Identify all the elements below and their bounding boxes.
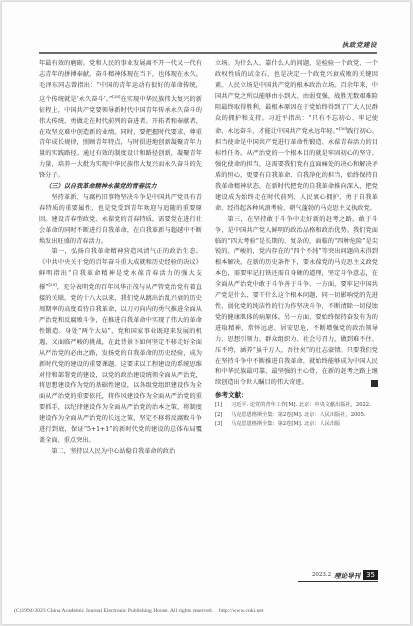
copyright-text: (C)1994-2023 China Academic Journal Elec… [14, 608, 213, 614]
page-header: 执政党建设 [39, 40, 377, 54]
paragraph: 第一，弘扬自我革命精神营造风清气正的政治生态。《中共中央关于党的百年奋斗重大成就… [39, 247, 202, 446]
paragraph: 年最有效的磨砺。党和人民的事业发展离不开一代又一代有志青年的拼搏奉献，奋斗精神体… [39, 59, 202, 182]
article-end-mark-icon: N [371, 380, 378, 387]
paragraph-text: 第三，在坚持敢于斗争中走好新的赶考之路。敢于斗争，是中国共产党人鲜明的政治品格和… [215, 216, 378, 387]
paragraph: 立场。为什么人、靠什么人的问题，是检验一个政党、一个政权性质的试金石，也是决定一… [215, 59, 378, 215]
page-number: 35 [363, 570, 378, 580]
paragraph: 第二，坚持以人民为中心站稳自我革命的政治 [39, 447, 202, 458]
reference-number: [1] [215, 401, 231, 411]
reference-item: [3] 马克思恩格斯全集：第2卷[M]. 北京：人民出版 [215, 420, 378, 430]
reference-item: [1] 习近平. 论党的青年工作[M]. 北京：中央文献出版社，2022. [215, 401, 378, 411]
section-title: 执政党建设 [342, 40, 377, 49]
reference-text: 马克思恩格斯全集：第2卷[M]. 北京：人民出版社，2005. [231, 411, 366, 421]
paragraph: 坚持革新、与腐朽旧事物坚决斗争是中国共产党具有青春特质的重要属性，也是党受到青年… [39, 193, 202, 248]
reference-number: [3] [215, 420, 231, 430]
paragraph-text: ，充分表明党的百年风华正茂与从严管党治党有着直接的关联。党的十八大以来，我们党从… [39, 284, 202, 444]
citation-ref: [30] [339, 126, 347, 131]
document-page: 执政党建设 年最有效的磨砺。党和人民的事业发展离不开一代又一代有志青年的拼搏奉献… [2, 2, 410, 624]
paragraph-text: 践行初心、担当使命是中国共产党进行革命性锻造、永葆青春活力的目标性任务。从严治党… [215, 129, 378, 212]
issue-date: 2023.2 [312, 572, 331, 578]
reference-text: 习近平. 论党的青年工作[M]. 北京：中央文献出版社，2022. [231, 401, 371, 411]
citation-ref: [29] [48, 282, 56, 287]
reference-number: [2] [215, 411, 231, 421]
references-heading: 参考文献： [215, 390, 378, 401]
paragraph-text: 在实现中华民族伟大复兴的新征程上，中国共产党要领导新时代中国青年传承永久奋斗的伟… [39, 96, 202, 179]
reference-item: [2] 马克思恩格斯全集：第2卷[M]. 北京：人民出版社，2005. [215, 411, 378, 421]
paragraph: 第三，在坚持敢于斗争中走好新的赶考之路。敢于斗争，是中国共产党人鲜明的政治品格和… [215, 215, 378, 390]
cnki-link[interactable]: http://www.cnki.net [219, 608, 263, 614]
journal-name: 理论导刊 [334, 571, 360, 580]
paragraph-text: 立场。为什么人、靠什么人的问题，是检验一个政党、一个政权性质的试金石，也是决定一… [215, 60, 378, 136]
left-column: 年最有效的磨砺。党和人民的事业发展离不开一代又一代有志青年的拼搏奉献，奋斗精神体… [39, 59, 202, 458]
section-subheading: （三）以自我革命精神永葆党的青春活力 [39, 182, 202, 193]
copyright-notice: (C)1994-2023 China Academic Journal Elec… [14, 608, 263, 614]
reference-text: 马克思恩格斯全集：第2卷[M]. 北京：人民出版 [231, 420, 340, 430]
right-column: 立场。为什么人、靠什么人的问题，是检验一个政党、一个政权性质的试金石，也是决定一… [215, 59, 378, 430]
page-footer: 2023.2 理论导刊 35 [298, 569, 378, 582]
